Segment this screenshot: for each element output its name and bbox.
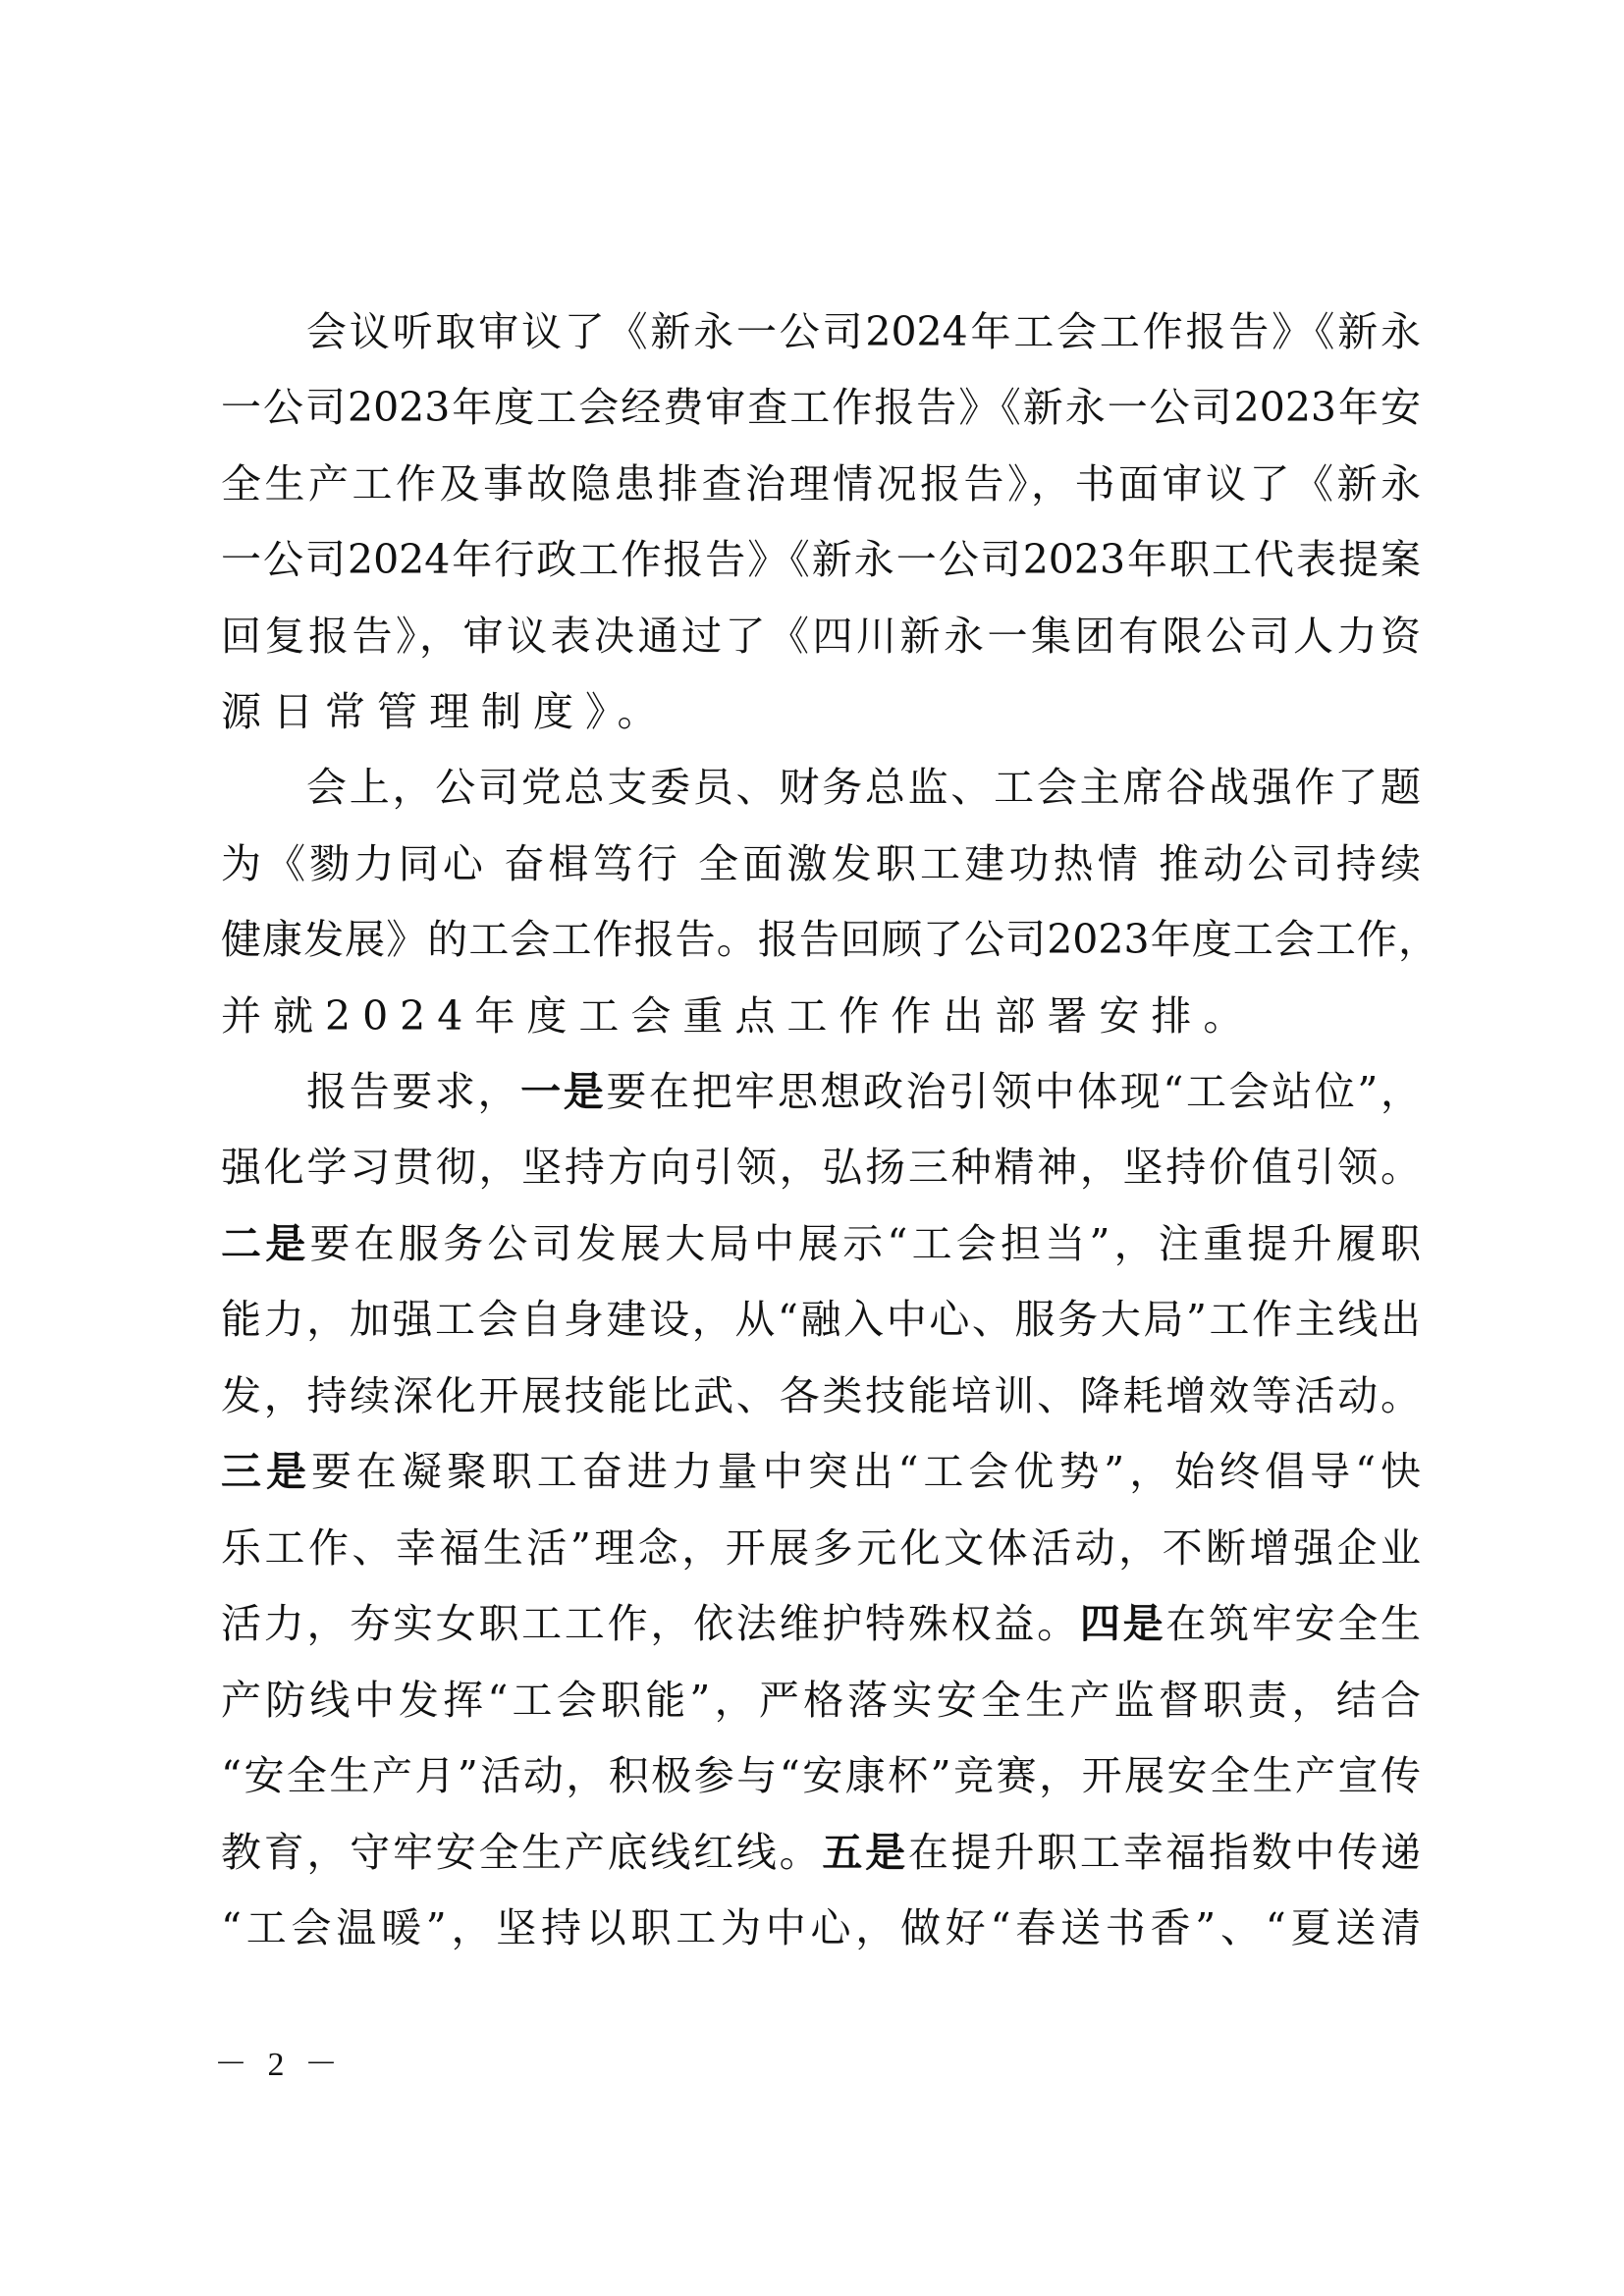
paragraph-3-line-9: 产防线中发挥“工会职能”，严格落实安全生产监督职责，结合 (221, 1676, 1421, 1725)
paragraph-3-line-4: 能力，加强工会自身建设，从“融入中心、服务大局”工作主线出 (221, 1295, 1421, 1344)
paragraph-3-line-2: 强化学习贯彻，坚持方向引领，弘扬三种精神，坚持价值引领。 (221, 1143, 1421, 1192)
paragraph-3-line-8: 活力，夯实女职工工作，依法维护特殊权益。四是在筑牢安全生 (221, 1599, 1421, 1648)
paragraph-1-line-5: 回复报告》，审议表决通过了《四川新永一集团有限公司人力资 (221, 612, 1421, 661)
paragraph-1-line-4: 一公司2024年行政工作报告》《新永一公司2023年职工代表提案 (221, 535, 1421, 584)
paragraph-1-line-2: 一公司2023年度工会经费审查工作报告》《新永一公司2023年安 (221, 383, 1421, 432)
paragraph-2-line-3: 健康发展》的工会工作报告。报告回顾了公司2023年度工会工作， (221, 915, 1438, 964)
bold-marker-first: 一是 (520, 1068, 606, 1115)
paragraph-3-line-12: “工会温暖”，坚持以职工为中心，做好“春送书香”、“夏送清 (221, 1903, 1421, 1952)
paragraph-2-line-2: 为《勠力同心 奋楫笃行 全面激发职工建功热情 推动公司持续 (221, 839, 1421, 888)
paragraph-3-line-6: 三是要在凝聚职工奋进力量中突出“工会优势”，始终倡导“快 (221, 1447, 1421, 1496)
paragraph-2-line-4: 并就2024年度工会重点工作作出部署安排。 (221, 991, 1421, 1041)
paragraph-2-line-1: 会上，公司党总支委员、财务总监、工会主席谷战强作了题 (306, 763, 1421, 812)
bold-marker-fourth: 四是 (1080, 1600, 1165, 1647)
bold-marker-second: 二是 (221, 1220, 309, 1267)
paragraph-1-line-3: 全生产工作及事故隐患排查治理情况报告》，书面审议了《新永 (221, 459, 1421, 508)
line-text-post: 在提升职工幸福指数中传递 (908, 1829, 1421, 1876)
line-text-post: 在筑牢安全生 (1165, 1600, 1421, 1647)
line-text-post: 要在服务公司发展大局中展示“工会担当”，注重提升履职 (309, 1220, 1421, 1267)
bold-marker-fifth: 五是 (822, 1829, 907, 1876)
bold-marker-third: 三是 (221, 1448, 311, 1495)
line-text-pre: 活力，夯实女职工工作，依法维护特殊权益。 (221, 1600, 1080, 1647)
paragraph-3-line-7: 乐工作、幸福生活”理念，开展多元化文体活动，不断增强企业 (221, 1523, 1421, 1573)
document-page: 会议听取审议了《新永一公司2024年工会工作报告》《新永 一公司2023年度工会… (0, 0, 1624, 2296)
line-text-post: 要在把牢思想政治引领中体现“工会站位”， (606, 1068, 1421, 1115)
paragraph-1-line-6: 源日常管理制度》。 (221, 687, 1421, 736)
line-text-pre: 教育，守牢安全生产底线红线。 (221, 1829, 822, 1876)
page-number: － 2 － (214, 2046, 344, 2085)
line-text-post: 要在凝聚职工奋进力量中突出“工会优势”，始终倡导“快 (311, 1448, 1421, 1495)
paragraph-1-line-1: 会议听取审议了《新永一公司2024年工会工作报告》《新永 (306, 307, 1421, 356)
paragraph-3-line-5: 发，持续深化开展技能比武、各类技能培训、降耗增效等活动。 (221, 1371, 1421, 1420)
paragraph-3-line-3: 二是要在服务公司发展大局中展示“工会担当”，注重提升履职 (221, 1219, 1421, 1268)
paragraph-3-line-1: 报告要求，一是要在把牢思想政治引领中体现“工会站位”， (306, 1067, 1421, 1116)
paragraph-3-line-10: “安全生产月”活动，积极参与“安康杯”竞赛，开展安全生产宣传 (221, 1751, 1421, 1800)
paragraph-3-line-11: 教育，守牢安全生产底线红线。五是在提升职工幸福指数中传递 (221, 1828, 1421, 1877)
line-text-pre: 报告要求， (306, 1068, 520, 1115)
